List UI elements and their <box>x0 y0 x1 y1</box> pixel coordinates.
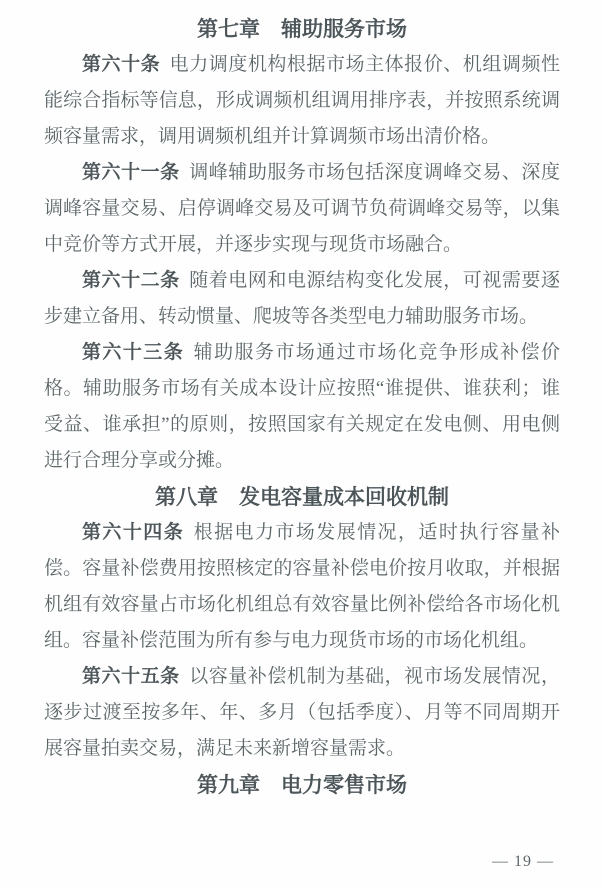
chapter-7-heading: 第七章 辅助服务市场 <box>44 11 560 47</box>
article-63-label: 第六十三条 <box>82 342 184 363</box>
article-62-paragraph: 第六十二条随着电网和电源结构变化发展，可视需要逐步建立备用、转动惯量、爬坡等各类… <box>44 263 560 335</box>
article-63-paragraph: 第六十三条辅助服务市场通过市场化竞争形成补偿价格。辅助服务市场有关成本设计应按照… <box>44 335 560 479</box>
article-60-paragraph: 第六十条电力调度机构根据市场主体报价、机组调频性能综合指标等信息，形成调频机组调… <box>44 47 560 155</box>
chapter-9-heading: 第九章 电力零售市场 <box>44 767 560 803</box>
article-60-label: 第六十条 <box>82 54 160 75</box>
article-61-label: 第六十一条 <box>82 162 180 183</box>
chapter-8-heading: 第八章 发电容量成本回收机制 <box>44 479 560 515</box>
article-65-paragraph: 第六十五条以容量补偿机制为基础，视市场发展情况，逐步过渡至按多年、年、多月（包括… <box>44 659 560 767</box>
article-64-label: 第六十四条 <box>82 522 184 543</box>
article-65-label: 第六十五条 <box>82 666 180 687</box>
article-61-paragraph: 第六十一条调峰辅助服务市场包括深度调峰交易、深度调峰容量交易、启停调峰交易及可调… <box>44 155 560 263</box>
document-page: 第七章 辅助服务市场 第六十条电力调度机构根据市场主体报价、机组调频性能综合指标… <box>0 0 604 888</box>
article-64-paragraph: 第六十四条根据电力市场发展情况，适时执行容量补偿。容量补偿费用按照核定的容量补偿… <box>44 515 560 659</box>
page-number: — 19 — <box>492 852 554 872</box>
article-62-label: 第六十二条 <box>82 270 180 291</box>
